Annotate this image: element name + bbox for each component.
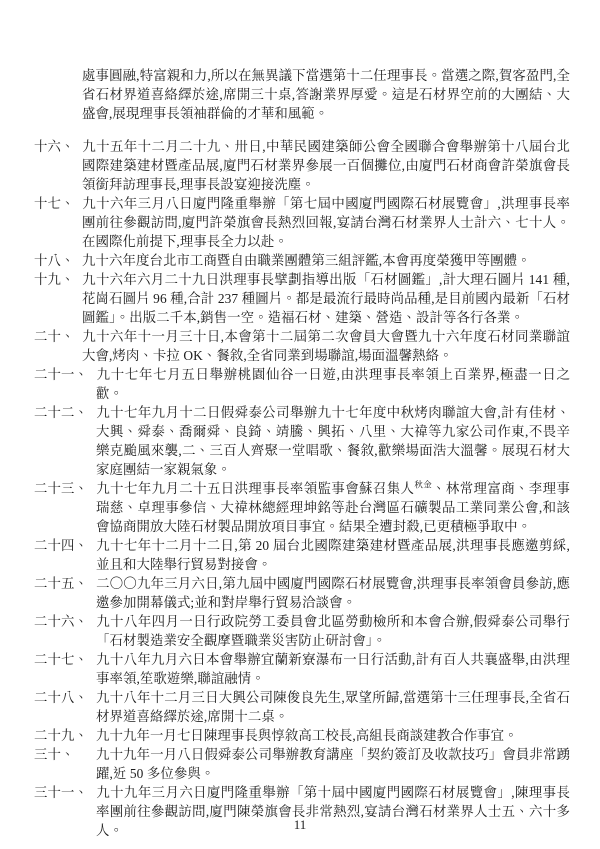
item-text: 二〇〇九年三月六日,第九屆中國廈門國際石材展覽會,洪理事長率領會員參訪,應邀參加… [96, 576, 570, 610]
item-number: 二十九、 [34, 726, 96, 745]
document-page: 處事圓融,特富親和力,所以在無異議下當選第十二任理事長。當選之際,賀客盈門,全省… [0, 0, 600, 849]
item-number: 二十五、 [34, 574, 96, 593]
item-number: 二十六、 [34, 612, 96, 631]
list-item: 二十二、九十七年九月十二日假舜泰公司舉辦九十七年度中秋烤肉聯誼大會,計有佳材、大… [34, 403, 570, 479]
list-item: 二十四、九十七年十二月十二日,第 20 屆台北國際建築建材暨產品展,洪理事長應邀… [34, 536, 570, 574]
item-text: 九十九年一月七日陳理事長與惇敘高工校長,高組長商談建教合作事宜。 [96, 728, 518, 743]
item-number: 二十七、 [34, 650, 96, 669]
list-item: 二十一、九十七年七月五日舉辦桃園仙谷一日遊,由洪理事長率領上百業界,極盡一日之歡… [34, 365, 570, 403]
item-text: 九十七年九月二十五日洪理事長率領監事會蘇召集人 [96, 481, 414, 496]
item-text: 九十六年六月二十九日洪理事長擘劃指導出版「石材圖鑑」,計大理石圖片 141 種,… [82, 272, 570, 325]
list-item: 十七、九十六年三月八日廈門隆重舉辦「第七屆中國廈門國際石材展覽會」,洪理事長率團… [34, 194, 570, 251]
chronicle-list: 十六、九十五年十二月二十九、卅日,中華民國建築師公會全國聯合會舉辦第十八屆台北國… [34, 137, 570, 840]
item-text: 九十八年四月一日行政院勞工委員會北區勞動檢所和本會合辦,假舜泰公司舉行「石材製造… [96, 614, 570, 648]
chronicle-text-block: 處事圓融,特富親和力,所以在無異議下當選第十二任理事長。當選之際,賀客盈門,全省… [34, 53, 570, 840]
item-text: 九十八年十二月三日大興公司陳俊良先生,眾望所歸,當選第十三任理事長,全省石材界道… [96, 690, 570, 724]
list-item: 二十八、九十八年十二月三日大興公司陳俊良先生,眾望所歸,當選第十三任理事長,全省… [34, 688, 570, 726]
item-text: 九十七年七月五日舉辦桃園仙谷一日遊,由洪理事長率領上百業界,極盡一日之歡。 [96, 367, 570, 401]
item-number: 三十一、 [34, 783, 96, 802]
list-item: 二十九、九十九年一月七日陳理事長與惇敘高工校長,高組長商談建教合作事宜。 [34, 726, 570, 745]
item-text: 九十七年九月十二日假舜泰公司舉辦九十七年度中秋烤肉聯誼大會,計有佳材、大興、舜泰… [96, 405, 570, 477]
item-text: 九十六年十一月三十日,本會第十二屆第二次會員大會暨九十六年度石材同業聯誼大會,烤… [82, 329, 570, 363]
list-item: 二十三、九十七年九月二十五日洪理事長率領監事會蘇召集人秋金、林常理富商、李理事瑞… [34, 479, 570, 536]
item-number: 三十、 [34, 745, 96, 764]
list-item: 十八、九十六年度台北市工商暨自由職業團體第三組評鑑,本會再度榮獲甲等團體。 [34, 251, 570, 270]
item-number: 十八、 [34, 251, 82, 270]
item-number: 十七、 [34, 194, 82, 213]
item-number: 二十、 [34, 327, 82, 346]
item-number: 二十三、 [34, 479, 96, 498]
item-number: 二十八、 [34, 688, 96, 707]
list-item: 二十、九十六年十一月三十日,本會第十二屆第二次會員大會暨九十六年度石材同業聯誼大… [34, 327, 570, 365]
list-item: 二十五、二〇〇九年三月六日,第九屆中國廈門國際石材展覽會,洪理事長率領會員參訪,… [34, 574, 570, 612]
page-number: 11 [0, 817, 600, 833]
list-item: 二十七、九十八年九月六日本會舉辦宜蘭新寮瀑布一日行活動,計有百人共襄盛舉,由洪理… [34, 650, 570, 688]
item-text: 九十七年十二月十二日,第 20 屆台北國際建築建材暨產品展,洪理事長應邀剪綵,並… [96, 538, 570, 572]
item-number: 二十一、 [34, 365, 96, 384]
item-text: 九十六年度台北市工商暨自由職業團體第三組評鑑,本會再度榮獲甲等團體。 [82, 253, 531, 268]
item-number: 十六、 [34, 137, 82, 156]
item-text: 九十六年三月八日廈門隆重舉辦「第七屆中國廈門國際石材展覽會」,洪理事長率團前往參… [82, 196, 570, 249]
list-item: 十六、九十五年十二月二十九、卅日,中華民國建築師公會全國聯合會舉辦第十八屆台北國… [34, 137, 570, 194]
superscript-given-name: 秋金 [414, 479, 432, 489]
item-number: 十九、 [34, 270, 82, 289]
list-item: 十九、九十六年六月二十九日洪理事長擘劃指導出版「石材圖鑑」,計大理石圖片 141… [34, 270, 570, 327]
list-item: 三十、九十九年一月八日假舜泰公司舉辦教育講座「契約簽訂及收款技巧」會員非常踴躍,… [34, 745, 570, 783]
item-number: 二十四、 [34, 536, 96, 555]
intro-paragraph: 處事圓融,特富親和力,所以在無異議下當選第十二任理事長。當選之際,賀客盈門,全省… [82, 66, 570, 123]
item-text: 九十八年九月六日本會舉辦宜蘭新寮瀑布一日行活動,計有百人共襄盛舉,由洪理事率領,… [96, 652, 570, 686]
item-number: 二十二、 [34, 403, 96, 422]
item-text: 九十五年十二月二十九、卅日,中華民國建築師公會全國聯合會舉辦第十八屆台北國際建築… [82, 139, 570, 192]
list-item: 二十六、九十八年四月一日行政院勞工委員會北區勞動檢所和本會合辦,假舜泰公司舉行「… [34, 612, 570, 650]
item-text: 九十九年一月八日假舜泰公司舉辦教育講座「契約簽訂及收款技巧」會員非常踴躍,近 5… [96, 747, 570, 781]
